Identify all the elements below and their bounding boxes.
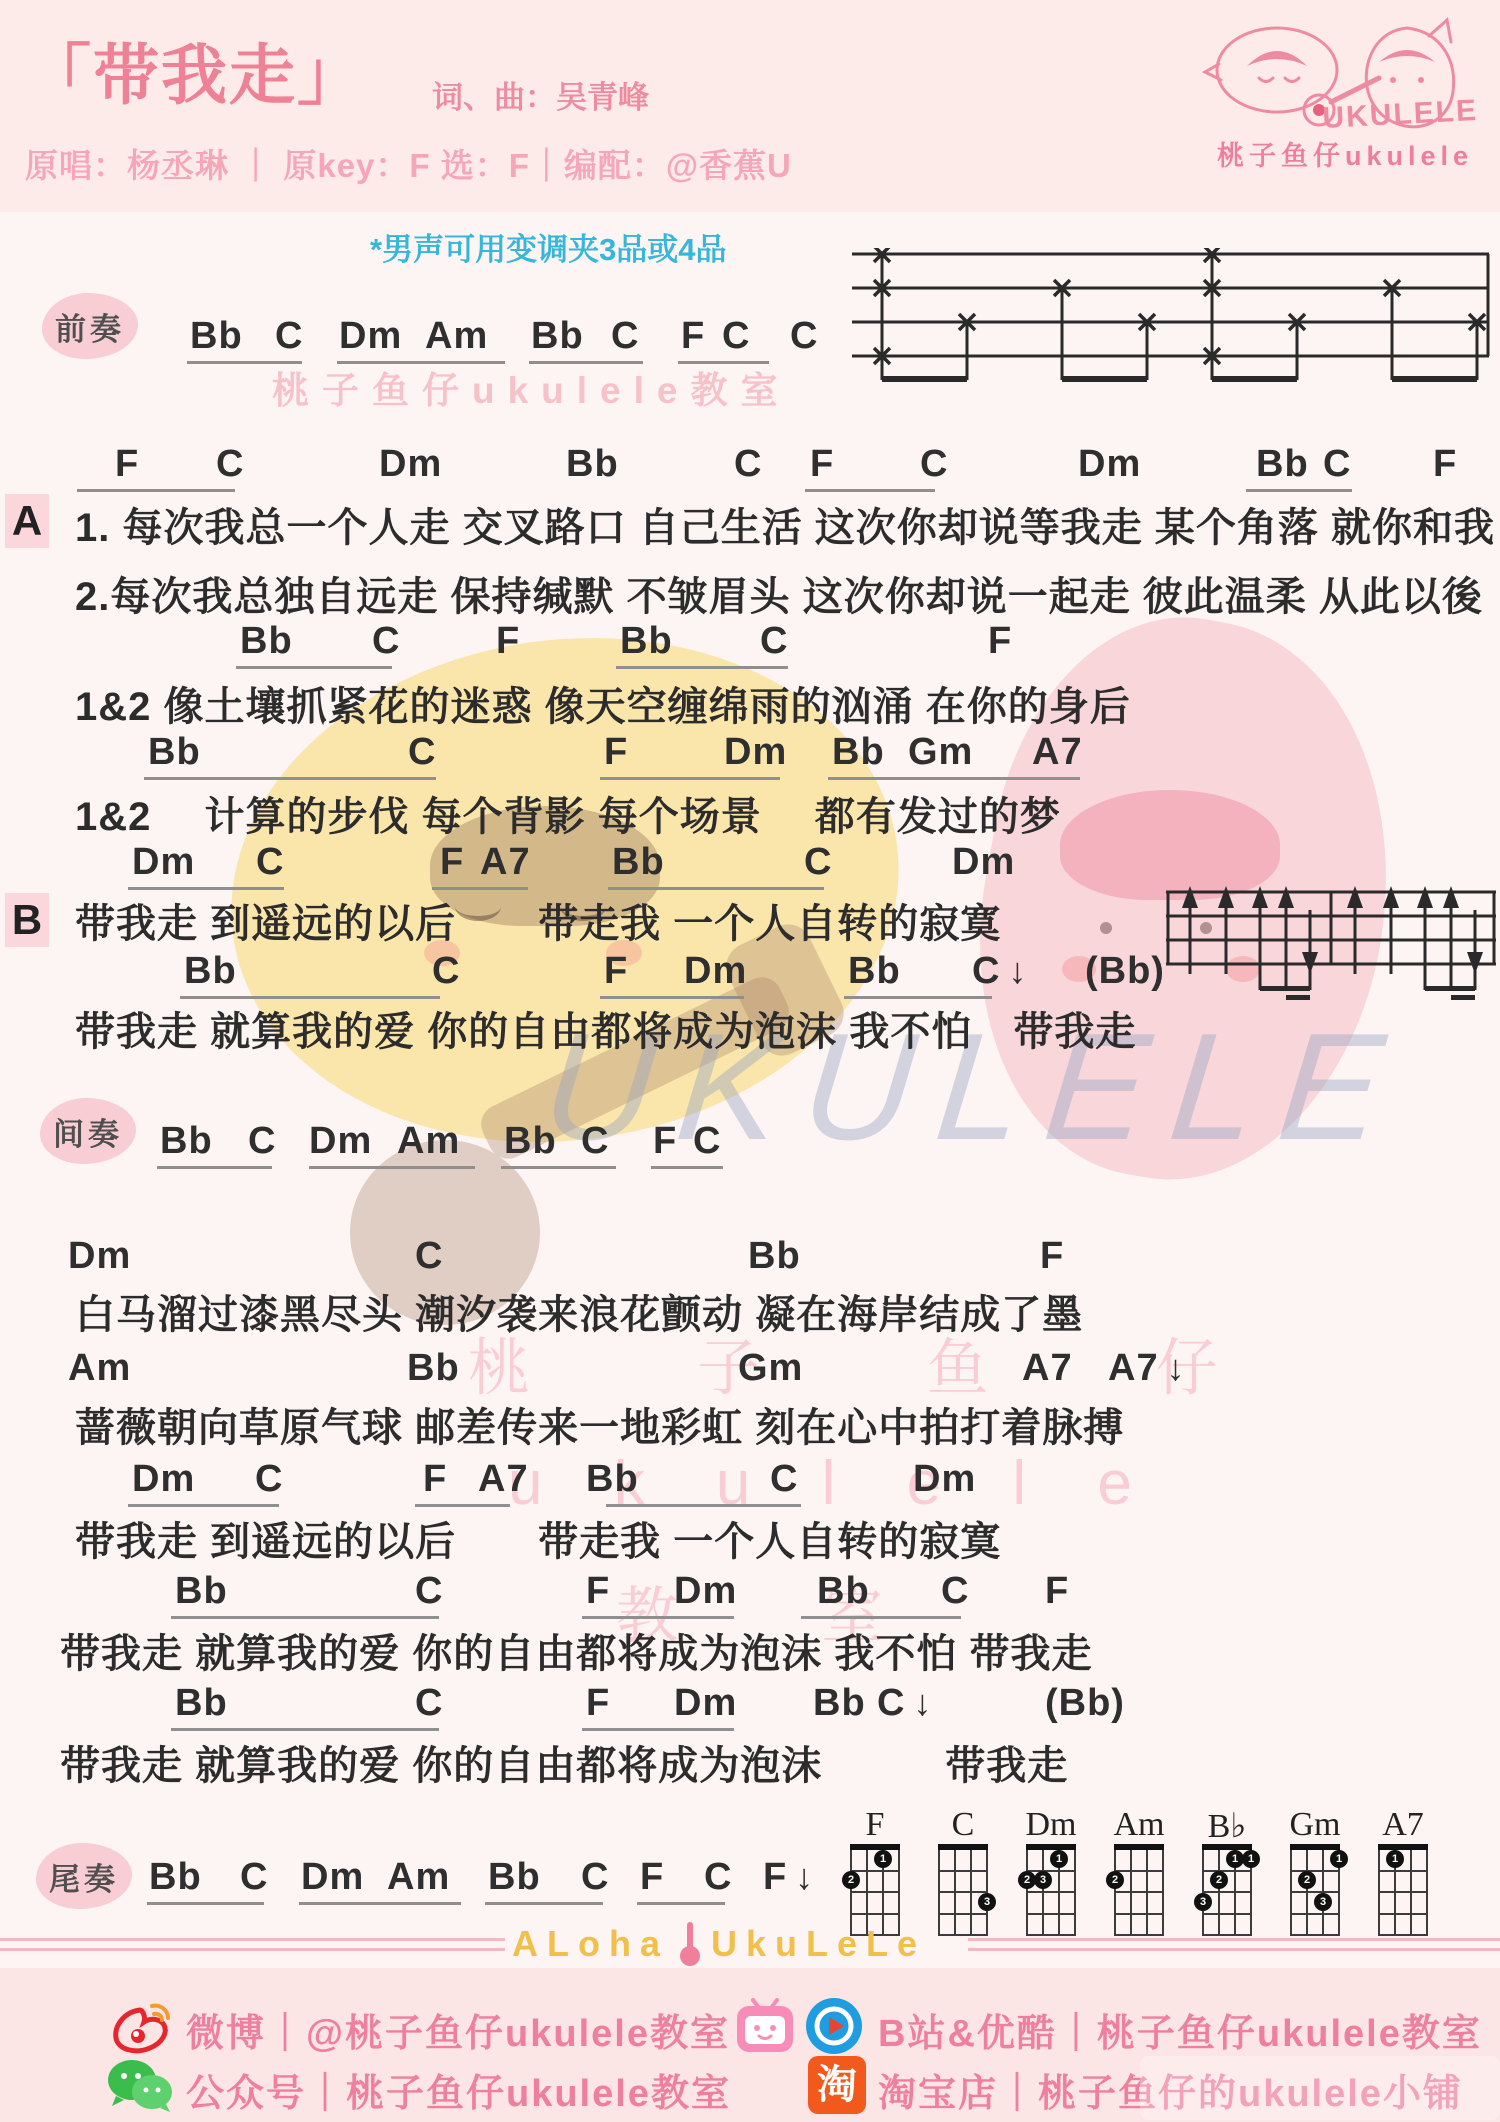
fret-line bbox=[1026, 1934, 1076, 1936]
chord: F bbox=[681, 315, 705, 358]
finger-dot: 3 bbox=[978, 1893, 996, 1911]
chord: Bb bbox=[620, 620, 673, 663]
chord: Bb bbox=[586, 1458, 639, 1501]
chord: Bb bbox=[504, 1120, 557, 1163]
chord-diagram: 3 bbox=[938, 1848, 988, 1936]
chord: C bbox=[216, 443, 244, 486]
chord: F bbox=[810, 443, 834, 486]
weibo-icon bbox=[110, 1996, 174, 2056]
chord-underline bbox=[171, 1616, 439, 1619]
chord: C bbox=[804, 841, 832, 884]
chord-underline bbox=[606, 1504, 801, 1507]
chord-diagram-label: Dm bbox=[1006, 1806, 1096, 1844]
chord-diagram: 123 bbox=[1026, 1848, 1076, 1936]
fret-line bbox=[1378, 1870, 1428, 1872]
chord: F bbox=[988, 620, 1012, 663]
strum-tab-intro bbox=[852, 248, 1494, 390]
chord-underline bbox=[485, 1902, 603, 1905]
chord: Gm bbox=[908, 731, 973, 774]
fret-line bbox=[1202, 1934, 1252, 1936]
chord: Bb bbox=[488, 1856, 541, 1899]
chord: A7↓ bbox=[1108, 1347, 1186, 1390]
chord-underline bbox=[128, 887, 284, 890]
fret-line bbox=[1114, 1891, 1164, 1893]
down-arrow-icon: ↓ bbox=[1167, 1347, 1186, 1388]
section-label-blob: 前奏 bbox=[42, 293, 138, 359]
divider-aloha-text: ALoha bbox=[512, 1923, 669, 1965]
chord: C bbox=[611, 315, 639, 358]
chord: Bb bbox=[175, 1570, 228, 1613]
down-arrow-icon: ↓ bbox=[913, 1682, 932, 1723]
finger-dot: 1 bbox=[1242, 1850, 1260, 1868]
section-label-text: 尾奏 bbox=[49, 1854, 119, 1899]
chord: Dm bbox=[132, 841, 195, 884]
fret-line bbox=[1026, 1891, 1076, 1893]
chord: Bb bbox=[160, 1120, 213, 1163]
divider-line-right-2 bbox=[968, 1948, 1500, 1951]
chord-underline bbox=[432, 887, 528, 890]
lyric-line: 带我走 就算我的爱 你的自由都将成为泡沫 我不怕 带我走 bbox=[75, 1000, 1136, 1057]
fret-line bbox=[1290, 1891, 1340, 1893]
chord-underline bbox=[608, 887, 824, 890]
aloha-divider: ALoha UkuLeLe bbox=[512, 1920, 926, 1968]
finger-dot: 3 bbox=[1034, 1871, 1052, 1889]
chord: Dm bbox=[674, 1570, 737, 1613]
chord-underline bbox=[529, 361, 643, 364]
taobao-icon: 淘 bbox=[808, 2056, 866, 2114]
fret-line bbox=[1202, 1913, 1252, 1915]
chord: C bbox=[240, 1856, 268, 1899]
composer-credit: 词、曲：吴青峰 bbox=[432, 72, 649, 117]
bilibili-icon bbox=[735, 1996, 795, 2056]
finger-dot: 2 bbox=[1298, 1871, 1316, 1889]
watermark-fish-eye-left bbox=[1100, 922, 1112, 934]
chord: Dm bbox=[724, 731, 787, 774]
divider-line-left-1 bbox=[0, 1938, 505, 1941]
chord: F bbox=[586, 1570, 610, 1613]
lyric-line: 1. 每次我总一个人走 交叉路口 自己生活 这次你却说等我走 某个角落 就你和我 bbox=[75, 496, 1495, 553]
lyric-line: 白马溜过漆黑尽头 潮汐袭来浪花颤动 凝在海岸结成了墨 bbox=[75, 1283, 1083, 1340]
lyric-line: 2.每次我总独自远走 保持缄默 不皱眉头 这次你却说一起走 彼此温柔 从此以後 bbox=[75, 565, 1483, 622]
footer-wechat-text: 公众号｜桃子鱼仔ukulele教室 bbox=[186, 2062, 731, 2117]
finger-dot: 2 bbox=[1106, 1871, 1124, 1889]
lyric-line: 蔷薇朝向草原气球 邮差传来一地彩虹 刻在心中拍打着脉搏 bbox=[75, 1396, 1124, 1453]
chord: Bb bbox=[566, 443, 619, 486]
chord: Bb bbox=[813, 1682, 866, 1725]
fret-line bbox=[1378, 1891, 1428, 1893]
chord: Dm bbox=[1078, 443, 1141, 486]
chord: C bbox=[920, 443, 948, 486]
lyric-line: 带我走 到遥远的以后 带走我 一个人自转的寂寞 bbox=[75, 892, 1001, 949]
chord: C bbox=[408, 731, 436, 774]
chord-underline bbox=[309, 1166, 475, 1169]
lyric-line: 1&2 计算的步伐 每个背影 每个场景 都有发过的梦 bbox=[75, 785, 1061, 842]
chord: C bbox=[248, 1120, 276, 1163]
video-watermark-haze bbox=[1140, 2056, 1500, 2120]
chord: Bb bbox=[832, 731, 885, 774]
chord-underline bbox=[128, 1504, 279, 1507]
chord: Bb bbox=[184, 950, 237, 993]
chord: Bb bbox=[848, 950, 901, 993]
chord-underline bbox=[415, 1504, 510, 1507]
divider-ukulele-icon bbox=[679, 1920, 701, 1968]
chord-diagram-label: B♭ bbox=[1182, 1806, 1272, 1846]
fret-line bbox=[1114, 1913, 1164, 1915]
studio-logo-icon: UKULELE bbox=[1195, 8, 1495, 140]
chord-underline bbox=[236, 666, 392, 669]
chord: Am bbox=[397, 1120, 460, 1163]
chord: A7 bbox=[1022, 1347, 1073, 1390]
wechat-icon bbox=[104, 2054, 176, 2116]
chord: C bbox=[415, 1235, 443, 1278]
divider-line-right-1 bbox=[968, 1938, 1500, 1941]
diagram-nut bbox=[1290, 1844, 1340, 1850]
chord-underline bbox=[1246, 489, 1352, 492]
chord: C↓ bbox=[972, 950, 1027, 993]
chord-underline bbox=[299, 1902, 461, 1905]
fret-line bbox=[850, 1913, 900, 1915]
chord: C↓ bbox=[877, 1682, 932, 1725]
chord: F bbox=[604, 731, 628, 774]
chord-underline bbox=[582, 1616, 734, 1619]
fret-line bbox=[1290, 1934, 1340, 1936]
chord: Dm bbox=[674, 1682, 737, 1725]
chord-diagram: 1123 bbox=[1202, 1848, 1252, 1936]
chord-underline bbox=[144, 777, 436, 780]
chord: C bbox=[790, 315, 818, 358]
logo-caption: 桃子鱼仔ukulele bbox=[1195, 134, 1495, 173]
chord: Bb bbox=[175, 1682, 228, 1725]
section-label-blob: 间奏 bbox=[40, 1098, 136, 1164]
logo-word: UKULELE bbox=[1322, 94, 1479, 135]
chord: F↓ bbox=[763, 1856, 814, 1899]
watermark-studio-name: 桃子鱼仔ukulele教室 bbox=[272, 360, 791, 414]
chord: Bb bbox=[240, 620, 293, 663]
chord-underline bbox=[187, 361, 302, 364]
chord: Am bbox=[68, 1347, 131, 1390]
fret-line bbox=[1114, 1934, 1164, 1936]
chord: C bbox=[581, 1120, 609, 1163]
fret-line bbox=[1114, 1870, 1164, 1872]
chord: Dm bbox=[309, 1120, 372, 1163]
chord-diagram-label: A7 bbox=[1358, 1806, 1448, 1844]
divider-line-left-2 bbox=[0, 1948, 505, 1951]
finger-dot: 3 bbox=[1314, 1893, 1332, 1911]
diagram-nut bbox=[938, 1844, 988, 1850]
footer-bilibili-youku-text: B站&优酷｜桃子鱼仔ukulele教室 bbox=[878, 2002, 1482, 2057]
chord: C bbox=[941, 1570, 969, 1613]
chord: Bb bbox=[612, 841, 665, 884]
chord: C bbox=[415, 1570, 443, 1613]
chord: F bbox=[496, 620, 520, 663]
chord: F bbox=[1045, 1570, 1069, 1613]
diagram-nut bbox=[850, 1844, 900, 1850]
chord-underline bbox=[651, 1166, 723, 1169]
fret-line bbox=[850, 1891, 900, 1893]
chord: Bb bbox=[817, 1570, 870, 1613]
chord-underline bbox=[616, 666, 788, 669]
song-title: 「带我走」 bbox=[25, 22, 365, 117]
chord-underline bbox=[77, 489, 235, 492]
chord-diagram-label: F bbox=[830, 1806, 920, 1844]
chord: F bbox=[653, 1120, 677, 1163]
chord-underline bbox=[828, 777, 1080, 780]
diagram-nut bbox=[1026, 1844, 1076, 1850]
down-arrow-icon: ↓ bbox=[795, 1856, 814, 1897]
chord: F bbox=[115, 443, 139, 486]
lyric-line: 1&2 像土壤抓紧花的迷惑 像天空缠绵雨的汹涌 在你的身后 bbox=[75, 675, 1131, 732]
finger-dot: 2 bbox=[1210, 1871, 1228, 1889]
chord: A7 bbox=[1032, 731, 1083, 774]
finger-dot: 1 bbox=[1050, 1850, 1068, 1868]
chord: F bbox=[640, 1856, 664, 1899]
chord: C bbox=[581, 1856, 609, 1899]
finger-dot: 1 bbox=[874, 1850, 892, 1868]
section-label-text: 前奏 bbox=[55, 304, 125, 349]
chord-underline bbox=[637, 1902, 725, 1905]
chord: Bb bbox=[407, 1347, 460, 1390]
diagram-nut bbox=[1378, 1844, 1428, 1850]
chord-underline bbox=[337, 361, 505, 364]
youku-play-icon bbox=[804, 1996, 864, 2056]
chord-underline bbox=[805, 489, 935, 492]
chord: C bbox=[704, 1856, 732, 1899]
finger-dot: 3 bbox=[1194, 1893, 1212, 1911]
taobao-glyph: 淘 bbox=[817, 2063, 857, 2107]
finger-dot: 1 bbox=[1330, 1850, 1348, 1868]
fret-line bbox=[1378, 1934, 1428, 1936]
chord: C bbox=[693, 1120, 721, 1163]
divider-ukulele-text: UkuLeLe bbox=[711, 1923, 926, 1965]
song-meta: 原唱：杨丞琳 ｜ 原key：F 选：F｜编配：@香蕉U bbox=[25, 140, 792, 187]
chord-diagram: 1 bbox=[1378, 1848, 1428, 1936]
chord: Bb bbox=[149, 1856, 202, 1899]
chord-diagram-label: C bbox=[918, 1806, 1008, 1844]
chord-underline bbox=[678, 361, 769, 364]
chord: Gm bbox=[738, 1347, 803, 1390]
chord: F bbox=[586, 1682, 610, 1725]
fret-line bbox=[938, 1891, 988, 1893]
chord-underline bbox=[801, 1616, 961, 1619]
chord-underline bbox=[600, 996, 744, 999]
lyric-line: 带我走 就算我的爱 你的自由都将成为泡沫 带我走 bbox=[60, 1734, 1068, 1791]
fret-line bbox=[938, 1934, 988, 1936]
section-label-text: 间奏 bbox=[53, 1109, 123, 1154]
down-arrow-icon: ↓ bbox=[1008, 950, 1027, 991]
fret-line bbox=[938, 1870, 988, 1872]
chord: C bbox=[432, 950, 460, 993]
fret-line bbox=[1290, 1913, 1340, 1915]
chord: F bbox=[604, 950, 628, 993]
fret-line bbox=[938, 1913, 988, 1915]
lyric-line: 带我走 就算我的爱 你的自由都将成为泡沫 我不怕 带我走 bbox=[60, 1622, 1092, 1679]
chord-underline bbox=[147, 1902, 264, 1905]
chord: C bbox=[372, 620, 400, 663]
chord: C bbox=[760, 620, 788, 663]
chord: Bb bbox=[148, 731, 201, 774]
diagram-nut bbox=[1114, 1844, 1164, 1850]
chord-underline bbox=[844, 996, 992, 999]
chord: Dm bbox=[132, 1458, 195, 1501]
chord-underline bbox=[180, 996, 440, 999]
chord: Bb bbox=[748, 1235, 801, 1278]
chord: Dm bbox=[68, 1235, 131, 1278]
capo-note: *男声可用变调夹3品或4品 bbox=[370, 224, 727, 269]
chord: C bbox=[256, 841, 284, 884]
footer-weibo-text: 微博｜@桃子鱼仔ukulele教室 bbox=[186, 2002, 730, 2057]
part-badge: B bbox=[5, 893, 49, 947]
chord: Bb bbox=[531, 315, 584, 358]
fret-line bbox=[1202, 1870, 1252, 1872]
chord: F bbox=[440, 841, 464, 884]
chord: Bb bbox=[1256, 443, 1309, 486]
chord-underline bbox=[501, 1166, 616, 1169]
section-label-blob: 尾奏 bbox=[36, 1843, 132, 1909]
chord: C bbox=[770, 1458, 798, 1501]
chord: C bbox=[275, 315, 303, 358]
chord: Dm bbox=[913, 1458, 976, 1501]
chord-underline bbox=[157, 1166, 272, 1169]
chord: F bbox=[423, 1458, 447, 1501]
chord: C bbox=[415, 1682, 443, 1725]
chord-underline bbox=[582, 1728, 734, 1731]
chord-diagram-label: Am bbox=[1094, 1806, 1184, 1844]
chord: Dm bbox=[301, 1856, 364, 1899]
fret-line bbox=[1290, 1870, 1340, 1872]
chord-diagram-label: Gm bbox=[1270, 1806, 1360, 1844]
chord: (Bb) bbox=[1045, 1682, 1125, 1725]
lyric-line: 带我走 到遥远的以后 带走我 一个人自转的寂寞 bbox=[75, 1510, 1001, 1567]
chord: C bbox=[1323, 443, 1351, 486]
chord: F bbox=[1433, 443, 1457, 486]
diagram-nut bbox=[1202, 1844, 1252, 1850]
fret-line bbox=[1026, 1913, 1076, 1915]
chord-underline bbox=[600, 777, 780, 780]
chord: A7 bbox=[478, 1458, 529, 1501]
chord: (Bb) bbox=[1085, 950, 1165, 993]
chord-diagram: 123 bbox=[1290, 1848, 1340, 1936]
chord: Dm bbox=[339, 315, 402, 358]
fret-line bbox=[1378, 1913, 1428, 1915]
fret-line bbox=[1026, 1870, 1076, 1872]
fret-line bbox=[850, 1870, 900, 1872]
chord: C bbox=[722, 315, 750, 358]
chord-diagram: 2 bbox=[1114, 1848, 1164, 1936]
chord: C bbox=[255, 1458, 283, 1501]
chord: Am bbox=[425, 315, 488, 358]
chord: Dm bbox=[684, 950, 747, 993]
chord-underline bbox=[171, 1728, 439, 1731]
chord: Dm bbox=[952, 841, 1015, 884]
chord: C bbox=[734, 443, 762, 486]
chord: Bb bbox=[190, 315, 243, 358]
fret-line bbox=[1202, 1891, 1252, 1893]
strum-tab-chorus bbox=[1166, 876, 1498, 1008]
finger-dot: 1 bbox=[1386, 1850, 1404, 1868]
chord: A7 bbox=[480, 841, 531, 884]
part-badge: A bbox=[5, 494, 49, 548]
chord: F bbox=[1040, 1235, 1064, 1278]
finger-dot: 2 bbox=[842, 1871, 860, 1889]
chord: Dm bbox=[379, 443, 442, 486]
chord-sheet-page: 桃子鱼仔ukulele教室 UKULELE 桃 子 鱼 仔 u k u l e … bbox=[0, 0, 1500, 2122]
chord: Am bbox=[387, 1856, 450, 1899]
